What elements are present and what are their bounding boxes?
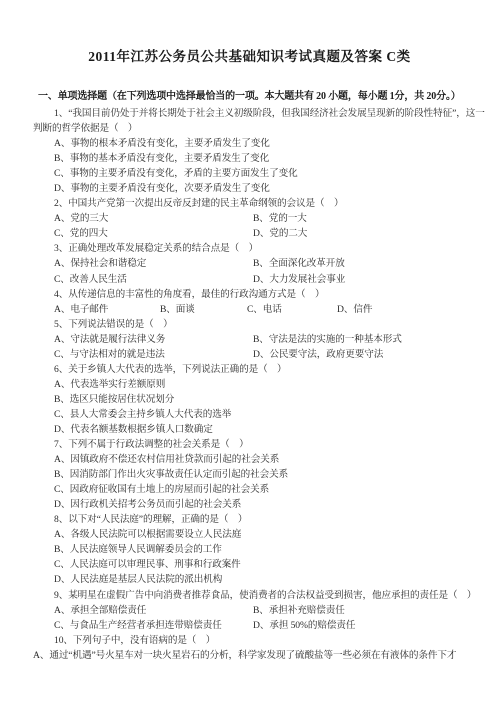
question-8-option-cell: C、人民法庭可以审理民事、刑事和行政案件: [54, 557, 241, 572]
option-row: A、保持社会和谐稳定B、全面深化改革开放: [33, 256, 478, 271]
option-row: C、与守法相对的就是违法D、公民要守法，政府更要守法: [33, 347, 478, 362]
question-stem-line: 3、正确处理改革发展稳定关系的结合点是（ ）: [33, 241, 478, 256]
question-7-stem: 7、下列不属于行政法调整的社会关系是（ ）: [54, 437, 249, 452]
option-row: A、承担全部赔偿责任B、承担补充赔偿责任: [33, 603, 478, 618]
question-5-option-cell: D、公民要守法，政府更要守法: [253, 347, 383, 362]
question-5-option-cell: B、守法是法的实施的一种基本形式: [253, 332, 402, 347]
option-row: B、人民法庭领导人民调解委员会的工作: [33, 542, 478, 557]
question-4-option-cell: B、面谈: [160, 302, 195, 317]
question-stem-line: 2、中国共产党第一次提出反帝反封建的民主革命纲领的会议是（ ）: [33, 196, 478, 211]
question-1-option-cell: B、事物的基本矛盾没有变化，主要矛盾发生了变化: [54, 151, 269, 166]
question-4-option-cell: A、电子邮件: [54, 302, 108, 317]
question-9-stem: 9、某明星在虚假广告中向消费者推荐食品，使消费者的合法权益受到损害，他应承担的责…: [54, 588, 476, 603]
question-5-option-cell: A、守法就是履行法律义务: [54, 332, 165, 347]
question-6-option-cell: B、选区只能按居住状况划分: [54, 392, 174, 407]
question-7-option-cell: B、因消防部门作出火灾事故责任认定而引起的社会关系: [54, 467, 288, 482]
question-stem-line: 5、下列说法错误的是（ ）: [33, 317, 478, 332]
question-3-option-cell: D、大力发展社会事业: [253, 272, 345, 287]
option-row: A、党的三大B、党的一大: [33, 211, 478, 226]
question-stem-line: 1、“我国目前仍处于并将长期处于社会主义初级阶段，但我国经济社会发展呈现新的阶段…: [33, 106, 478, 121]
question-8-option-cell: D、人民法庭是基层人民法院的派出机构: [54, 572, 222, 587]
question-stem-line: 8、以下对“人民法庭”的理解，正确的是（ ）: [33, 512, 478, 527]
option-row: C、县人大常委会主持乡镇人大代表的选举: [33, 407, 478, 422]
question-1-option-cell: C、事物的主要矛盾没有变化，矛盾的主要方面发生了变化: [54, 166, 298, 181]
option-row: D、人民法庭是基层人民法院的派出机构: [33, 572, 478, 587]
option-row: C、与食品生产经营者承担连带赔偿责任D、承担 50%的赔偿责任: [33, 618, 478, 633]
question-2-stem: 2、中国共产党第一次提出反帝反封建的民主革命纲领的会议是（ ）: [54, 196, 344, 211]
question-1-stem: 判断的哲学依据是（ ）: [33, 121, 137, 136]
option-row: A、守法就是履行法律义务B、守法是法的实施的一种基本形式: [33, 332, 478, 347]
question-2-option-cell: A、党的三大: [54, 211, 108, 226]
section-heading: 一、单项选择题（在下列选项中选择最恰当的一项。本大题共有 20 小题，每小题 1…: [38, 89, 461, 104]
questions-area: 1、“我国目前仍处于并将长期处于社会主义初级阶段，但我国经济社会发展呈现新的阶段…: [33, 106, 478, 663]
question-6-option-cell: D、代表名额基数根据乡镇人口数确定: [54, 422, 213, 437]
option-row: B、因消防部门作出火灾事故责任认定而引起的社会关系: [33, 467, 478, 482]
option-row: A、电子邮件B、面谈C、电话D、信件: [33, 302, 478, 317]
question-3-stem: 3、正确处理改革发展稳定关系的结合点是（ ）: [54, 241, 258, 256]
question-stem-line: 9、某明星在虚假广告中向消费者推荐食品，使消费者的合法权益受到损害，他应承担的责…: [33, 588, 478, 603]
question-7-option-cell: D、因行政机关招考公务员而引起的社会关系: [54, 497, 241, 512]
question-10-stem: 10、下列句子中，没有语病的是（ ）: [54, 633, 215, 648]
question-3-option-cell: A、保持社会和谐稳定: [54, 256, 146, 271]
question-1-option-cell: A、事物的根本矛盾没有变化，主要矛盾发生了变化: [54, 136, 270, 151]
document-page: { "document": { "title": "2011年江苏公务员公共基础…: [0, 0, 499, 706]
option-row: B、选区只能按居住状况划分: [33, 392, 478, 407]
question-6-option-cell: A、代表选举实行差额原则: [54, 377, 165, 392]
option-row: D、事物的主要矛盾没有变化，次要矛盾发生了变化: [33, 181, 478, 196]
option-row: C、党的四大D、党的二大: [33, 226, 478, 241]
option-row: A、事物的根本矛盾没有变化，主要矛盾发生了变化: [33, 136, 478, 151]
question-6-option-cell: C、县人大常委会主持乡镇人大代表的选举: [54, 407, 231, 422]
document-title: 2011年江苏公务员公共基础知识考试真题及答案 C类: [0, 45, 499, 65]
question-8-stem: 8、以下对“人民法庭”的理解，正确的是（ ）: [54, 512, 247, 527]
option-row: A、通过“机遇”号火星车对一块火星岩石的分析，科学家发现了硫酸盐等一些必须在有液…: [33, 648, 478, 663]
option-row: B、事物的基本矛盾没有变化，主要矛盾发生了变化: [33, 151, 478, 166]
question-9-option-cell: B、承担补充赔偿责任: [253, 603, 345, 618]
question-stem-line: 判断的哲学依据是（ ）: [33, 121, 478, 136]
question-8-option-cell: B、人民法庭领导人民调解委员会的工作: [54, 542, 222, 557]
question-stem-line: 10、下列句子中，没有语病的是（ ）: [33, 633, 478, 648]
question-2-option-cell: B、党的一大: [253, 211, 307, 226]
question-9-option-cell: C、与食品生产经营者承担连带赔偿责任: [54, 618, 222, 633]
question-stem-line: 6、关于乡镇人大代表的选举，下列说法正确的是（ ）: [33, 362, 478, 377]
question-5-stem: 5、下列说法错误的是（ ）: [54, 317, 173, 332]
option-row: C、因政府征收国有土地上的房屋而引起的社会关系: [33, 482, 478, 497]
exam-document: 2011年江苏公务员公共基础知识考试真题及答案 C类 一、单项选择题（在下列选项…: [0, 0, 499, 706]
question-3-option-cell: C、改善人民生活: [54, 272, 127, 287]
question-1-stem: 1、“我国目前仍处于并将长期处于社会主义初级阶段，但我国经济社会发展呈现新的阶段…: [54, 106, 485, 121]
option-row: A、各级人民法院可以根据需要设立人民法庭: [33, 527, 478, 542]
option-row: D、因行政机关招考公务员而引起的社会关系: [33, 497, 478, 512]
question-7-option-cell: C、因政府征收国有土地上的房屋而引起的社会关系: [54, 482, 269, 497]
question-4-option-cell: D、信件: [337, 302, 372, 317]
question-stem-line: 4、从传递信息的丰富性的角度看，最佳的行政沟通方式是（ ）: [33, 287, 478, 302]
option-row: A、代表选举实行差额原则: [33, 377, 478, 392]
option-row: D、代表名额基数根据乡镇人口数确定: [33, 422, 478, 437]
question-7-option-cell: A、因镇政府不偿还农村信用社贷款而引起的社会关系: [54, 452, 279, 467]
question-3-option-cell: B、全面深化改革开放: [253, 256, 345, 271]
question-2-option-cell: D、党的二大: [253, 226, 307, 241]
question-4-stem: 4、从传递信息的丰富性的角度看，最佳的行政沟通方式是（ ）: [54, 287, 325, 302]
option-row: C、事物的主要矛盾没有变化，矛盾的主要方面发生了变化: [33, 166, 478, 181]
question-2-option-cell: C、党的四大: [54, 226, 108, 241]
option-row: C、人民法庭可以审理民事、刑事和行政案件: [33, 557, 478, 572]
question-9-option-cell: A、承担全部赔偿责任: [54, 603, 146, 618]
question-5-option-cell: C、与守法相对的就是违法: [54, 347, 165, 362]
question-9-option-cell: D、承担 50%的赔偿责任: [253, 618, 355, 633]
question-6-stem: 6、关于乡镇人大代表的选举，下列说法正确的是（ ）: [54, 362, 287, 377]
option-row: C、改善人民生活D、大力发展社会事业: [33, 272, 478, 287]
question-4-option-cell: C、电话: [247, 302, 282, 317]
question-stem-line: 7、下列不属于行政法调整的社会关系是（ ）: [33, 437, 478, 452]
question-10-option-cell: A、通过“机遇”号火星车对一块火星岩石的分析，科学家发现了硫酸盐等一些必须在有液…: [33, 648, 456, 663]
question-8-option-cell: A、各级人民法院可以根据需要设立人民法庭: [54, 527, 241, 542]
question-1-option-cell: D、事物的主要矛盾没有变化，次要矛盾发生了变化: [54, 181, 270, 196]
option-row: A、因镇政府不偿还农村信用社贷款而引起的社会关系: [33, 452, 478, 467]
